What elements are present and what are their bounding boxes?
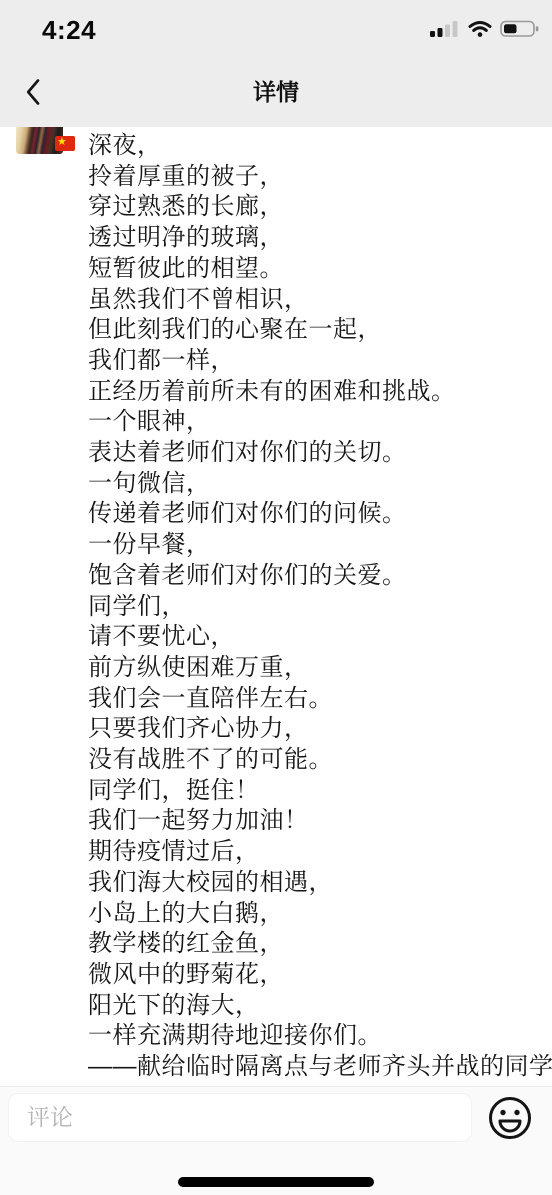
battery-icon bbox=[500, 20, 540, 43]
poem-line: 传递着老师们对你们的问候。 bbox=[88, 499, 544, 530]
poem-line: 教学楼的红金鱼， bbox=[88, 929, 544, 960]
poem-line: 表达着老师们对你们的关切。 bbox=[88, 438, 544, 469]
poem-line: 一份早餐， bbox=[88, 530, 544, 561]
wifi-icon bbox=[467, 20, 493, 43]
post-detail: ★ 深夜，拎着厚重的被子，穿过熟悉的长廊，透过明净的玻璃，短暂彼此的相望。虽然我… bbox=[0, 127, 552, 1086]
poem-line: 穿过熟悉的长廊， bbox=[88, 192, 544, 223]
comment-input[interactable] bbox=[8, 1093, 472, 1142]
poem-line: 阳光下的海大， bbox=[88, 991, 544, 1022]
poem-line: 一个眼神， bbox=[88, 407, 544, 438]
poem-line: 短暂彼此的相望。 bbox=[88, 254, 544, 285]
home-indicator[interactable] bbox=[178, 1177, 374, 1187]
author-avatar[interactable]: ★ bbox=[16, 127, 82, 157]
poem-line: ——献给临时隔离点与老师齐头并战的同学 bbox=[88, 1052, 544, 1083]
poem-line: 透过明净的玻璃， bbox=[88, 223, 544, 254]
poem-line: 我们一起努力加油！ bbox=[88, 806, 544, 837]
china-flag-icon: ★ bbox=[55, 136, 75, 151]
poem-text: 深夜，拎着厚重的被子，穿过熟悉的长廊，透过明净的玻璃，短暂彼此的相望。虽然我们不… bbox=[0, 127, 552, 1083]
cellular-signal-icon bbox=[430, 20, 460, 43]
status-icons bbox=[430, 12, 540, 43]
smiley-icon bbox=[487, 1129, 533, 1144]
poem-line: 正经历着前所未有的困难和挑战。 bbox=[88, 377, 544, 408]
status-bar: 4:24 bbox=[0, 0, 552, 54]
poem-line: 我们都一样， bbox=[88, 346, 544, 377]
poem-line: 小岛上的大白鹅， bbox=[88, 899, 544, 930]
poem-line: 我们会一直陪伴左右。 bbox=[88, 684, 544, 715]
poem-line: 请不要忧心， bbox=[88, 622, 544, 653]
page-title: 详情 bbox=[0, 74, 552, 107]
poem-line: 只要我们齐心协力， bbox=[88, 714, 544, 745]
chevron-left-icon bbox=[25, 78, 40, 109]
poem-line: 深夜， bbox=[88, 131, 544, 162]
poem-line: 同学们，挺住！ bbox=[88, 776, 544, 807]
nav-bar: 详情 bbox=[0, 54, 552, 127]
poem-line: 一句微信， bbox=[88, 469, 544, 500]
emoji-button[interactable] bbox=[486, 1095, 534, 1143]
comment-bar bbox=[0, 1086, 552, 1195]
poem-line: 期待疫情过后， bbox=[88, 837, 544, 868]
poem-line: 虽然我们不曾相识， bbox=[88, 285, 544, 316]
poem-line: 拎着厚重的被子， bbox=[88, 162, 544, 193]
poem-line: 饱含着老师们对你们的关爱。 bbox=[88, 561, 544, 592]
back-button[interactable] bbox=[18, 78, 46, 108]
poem-line: 微风中的野菊花， bbox=[88, 960, 544, 991]
poem-line: 同学们， bbox=[88, 592, 544, 623]
status-time: 4:24 bbox=[42, 9, 96, 46]
poem-line: 一样充满期待地迎接你们。 bbox=[88, 1021, 544, 1052]
poem-line: 前方纵使困难万重， bbox=[88, 653, 544, 684]
poem-line: 但此刻我们的心聚在一起， bbox=[88, 315, 544, 346]
poem-line: 我们海大校园的相遇， bbox=[88, 868, 544, 899]
poem-line: 没有战胜不了的可能。 bbox=[88, 745, 544, 776]
